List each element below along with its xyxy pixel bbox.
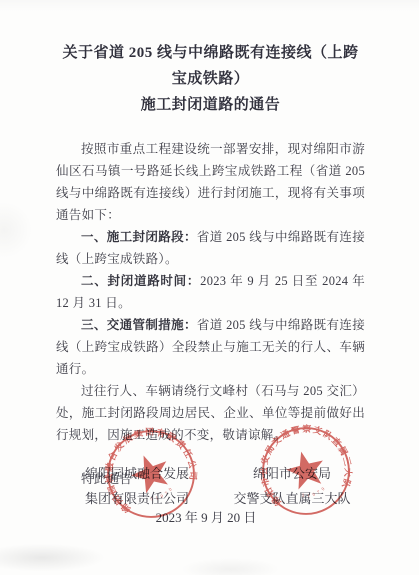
item-1-label: 一、施工封闭路段：	[81, 230, 197, 244]
item-2-label: 二、封闭道路时间：	[81, 274, 200, 288]
notice-title: 关于省道 205 线与中绵路既有连接线（上跨宝成铁路） 施工封闭道路的通告	[56, 40, 365, 118]
item-1-closed-section: 一、施工封闭路段：省道 205 线与中绵路既有连接线（上跨宝成铁路）。	[56, 226, 365, 270]
signer-right-line1: 绵阳市公安局	[212, 461, 372, 486]
item-2-closure-period: 二、封闭道路时间：2023 年 9 月 25 日至 2024 年 12 月 31…	[56, 270, 365, 314]
notice-body: 按照市重点工程建设统一部署安排，现对绵阳市游仙区石马镇一号路延长线上跨宝成铁路工…	[56, 138, 365, 490]
scanned-notice-page: 关于省道 205 线与中绵路既有连接线（上跨宝成铁路） 施工封闭道路的通告 按照…	[0, 0, 419, 575]
notice-content: 关于省道 205 线与中绵路既有连接线（上跨宝成铁路） 施工封闭道路的通告 按照…	[0, 0, 419, 490]
item-3-traffic-control: 三、交通管制措施：省道 205 线与中绵路既有连接线（上跨宝成铁路）全段禁止与施…	[56, 314, 365, 380]
signer-right: 绵阳市公安局 交警支队直属三大队	[212, 461, 372, 511]
signer-left: 绵阳园城融合发展 集团有限责任公司	[57, 461, 217, 511]
notice-title-line2: 施工封闭道路的通告	[56, 92, 365, 118]
notice-date: 2023 年 9 月 20 日	[0, 507, 412, 526]
intro-text: 按照市重点工程建设统一部署安排，现对绵阳市游仙区石马镇一号路延长线上跨宝成铁路工…	[56, 142, 365, 222]
signer-left-line1: 绵阳园城融合发展	[57, 461, 217, 486]
intro-paragraph: 按照市重点工程建设统一部署安排，现对绵阳市游仙区石马镇一号路延长线上跨宝成铁路工…	[56, 138, 365, 226]
detour-text: 过往行人、车辆请绕行文峰村（石马与 205 交汇）处，施工封闭路段周边居民、企业…	[56, 384, 365, 442]
notice-title-line1: 关于省道 205 线与中绵路既有连接线（上跨宝成铁路）	[56, 40, 365, 92]
item-3-label: 三、交通管制措施：	[81, 318, 197, 332]
detour-paragraph: 过往行人、车辆请绕行文峰村（石马与 205 交汇）处，施工封闭路段周边居民、企业…	[56, 380, 365, 446]
